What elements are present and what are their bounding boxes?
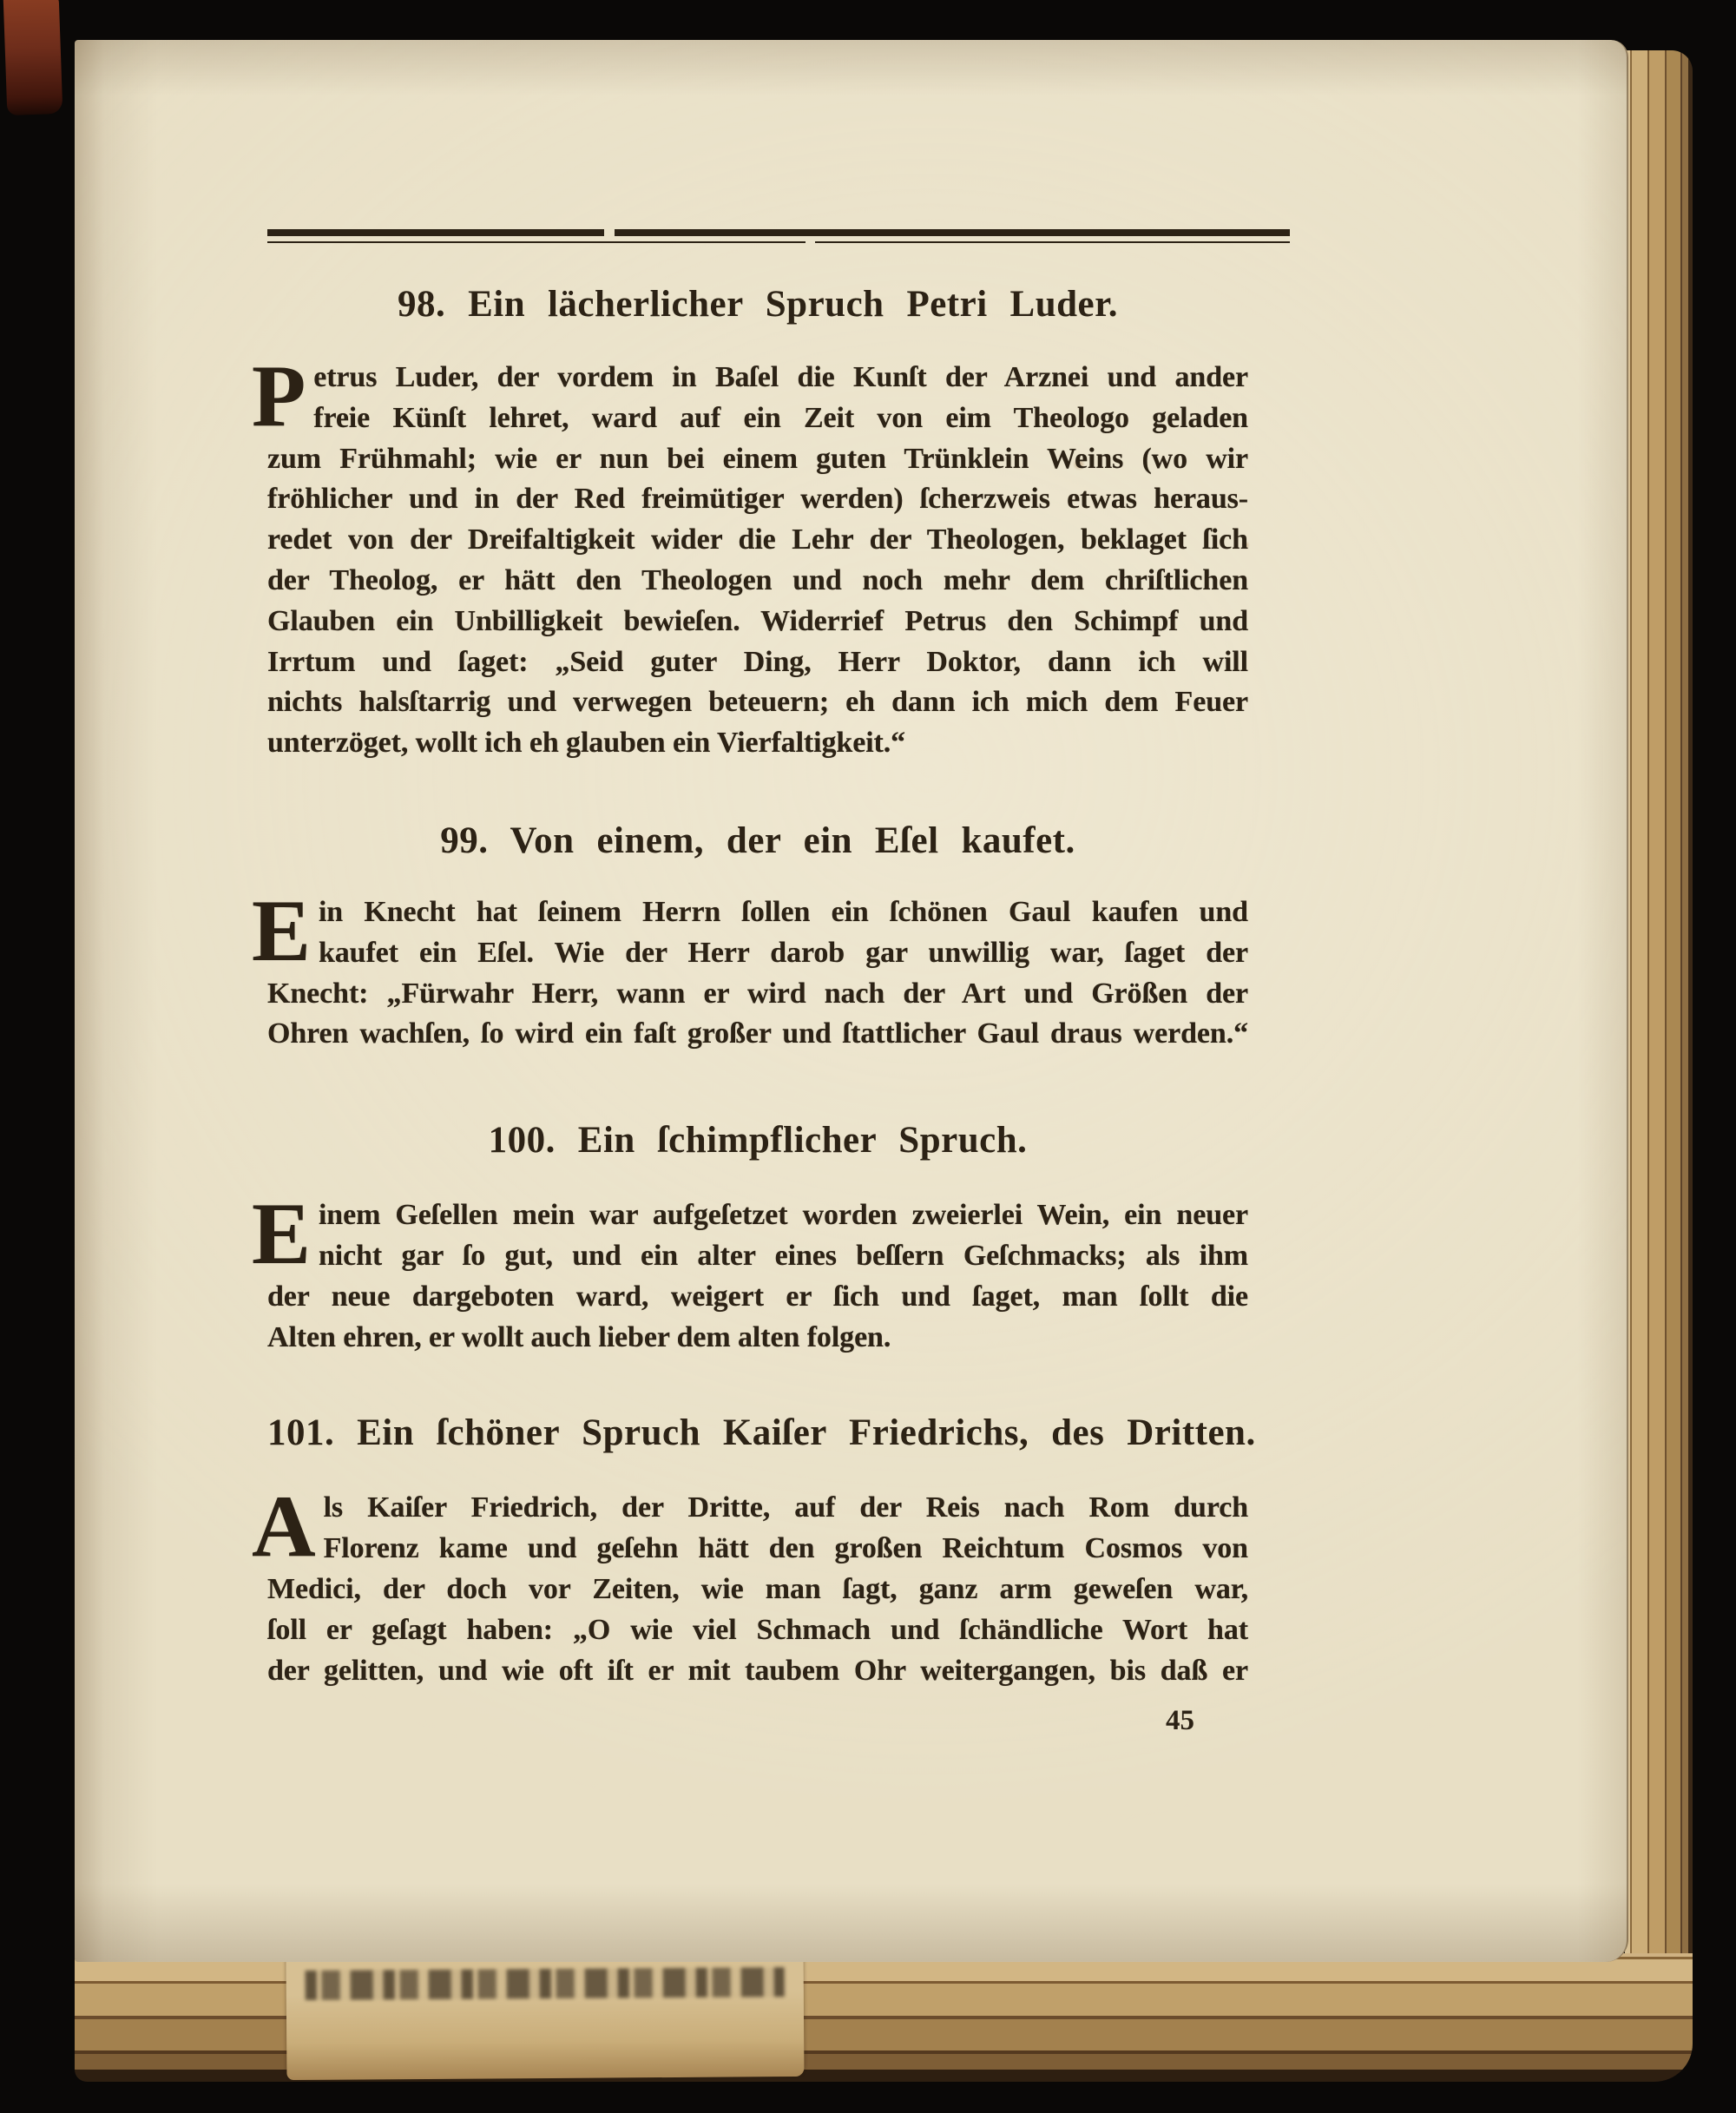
- book-spine-fragment: [3, 0, 63, 115]
- text-line: nichts halsſtarrig und verwegen beteuern…: [267, 682, 1248, 723]
- section-paragraph-100: Einem Geſellen mein war aufgeſetzet word…: [267, 1195, 1248, 1358]
- section-paragraph-101: Als Kaiſer Friedrich, der Dritte, auf de…: [267, 1488, 1248, 1691]
- text-line: fröhlicher und in der Red freimütiger we…: [267, 479, 1248, 520]
- text-line: unterzöget, wollt ich eh glauben ein Vie…: [267, 723, 1248, 764]
- section-heading-98: 98. Ein lächerlicher Spruch Petri Luder.: [267, 281, 1248, 328]
- section-paragraph-99: Ein Knecht hat ſeinem Herrn ſollen ein ſ…: [267, 892, 1248, 1055]
- section-paragraph-98: Petrus Luder, der vordem in Baſel die Ku…: [267, 358, 1248, 764]
- text-line: inem Geſellen mein war aufgeſetzet worde…: [267, 1195, 1248, 1236]
- header-rule: [267, 229, 1290, 243]
- text-line: etrus Luder, der vordem in Baſel die Kun…: [267, 358, 1248, 398]
- text-line: kaufet ein Eſel. Wie der Herr darob gar …: [267, 933, 1248, 974]
- protruding-page-slip: [286, 1955, 805, 2080]
- dropcap-initial-99: E: [252, 894, 311, 972]
- page-text: 98. Ein lächerlicher Spruch Petri Luder.…: [267, 281, 1248, 1691]
- blurred-print-fragment: [306, 1967, 785, 2000]
- text-line: freie Künſt lehret, ward auf ein Zeit vo…: [267, 398, 1248, 439]
- fore-edge-page-stack: [1625, 50, 1693, 1988]
- text-line: zum Frühmahl; wie er nun bei einem guten…: [267, 439, 1248, 480]
- book: 98. Ein lächerlicher Spruch Petri Luder.…: [75, 40, 1693, 2082]
- dropcap-initial-100: E: [252, 1197, 311, 1275]
- bottom-page-stack: [75, 1953, 1693, 2082]
- section-heading-100: 100. Ein ſchimpflicher Spruch.: [267, 1117, 1248, 1164]
- text-line: Medici, der doch vor Zeiten, wie man ſag…: [267, 1570, 1248, 1610]
- header-rule-thick: [267, 229, 1290, 236]
- header-rule-thin: [267, 241, 1290, 243]
- text-line: in Knecht hat ſeinem Herrn ſollen ein ſc…: [267, 892, 1248, 933]
- text-column: 98. Ein lächerlicher Spruch Petri Luder.…: [267, 40, 1248, 1737]
- text-line: Irrtum und ſaget: „Seid guter Ding, Herr…: [267, 642, 1248, 683]
- text-line: der gelitten, und wie oft iſt er mit tau…: [267, 1651, 1248, 1692]
- section-heading-99: 99. Von einem, der ein Eſel kaufet.: [267, 818, 1248, 865]
- text-line: Ohren wachſen, ſo wird ein faſt großer u…: [267, 1014, 1248, 1055]
- text-line: nicht gar ſo gut, und ein alter eines be…: [267, 1236, 1248, 1277]
- text-line: Alten ehren, er wollt auch lieber dem al…: [267, 1318, 1248, 1359]
- text-line: ſoll er geſagt haben: „O wie viel Schmac…: [267, 1610, 1248, 1651]
- text-line: der Theolog, er hätt den Theologen und n…: [267, 561, 1248, 602]
- dropcap-initial-98: P: [252, 359, 306, 438]
- section-heading-101: 101. Ein ſchöner Spruch Kaiſer Friedrich…: [267, 1410, 1248, 1457]
- text-line: Glauben ein Unbilligkeit bewieſen. Wider…: [267, 602, 1248, 642]
- scan-backdrop: 98. Ein lächerlicher Spruch Petri Luder.…: [0, 0, 1736, 2113]
- text-line: ls Kaiſer Friedrich, der Dritte, auf der…: [267, 1488, 1248, 1529]
- book-page: 98. Ein lächerlicher Spruch Petri Luder.…: [75, 40, 1628, 1962]
- text-line: redet von der Dreifaltigkeit wider die L…: [267, 520, 1248, 561]
- text-line: Knecht: „Fürwahr Herr, wann er wird nach…: [267, 974, 1248, 1015]
- page-number: 45: [267, 1705, 1248, 1737]
- text-line: Florenz kame und geſehn hätt den großen …: [267, 1529, 1248, 1570]
- text-line: der neue dargeboten ward, weigert er ſic…: [267, 1277, 1248, 1318]
- dropcap-initial-101: A: [252, 1490, 316, 1568]
